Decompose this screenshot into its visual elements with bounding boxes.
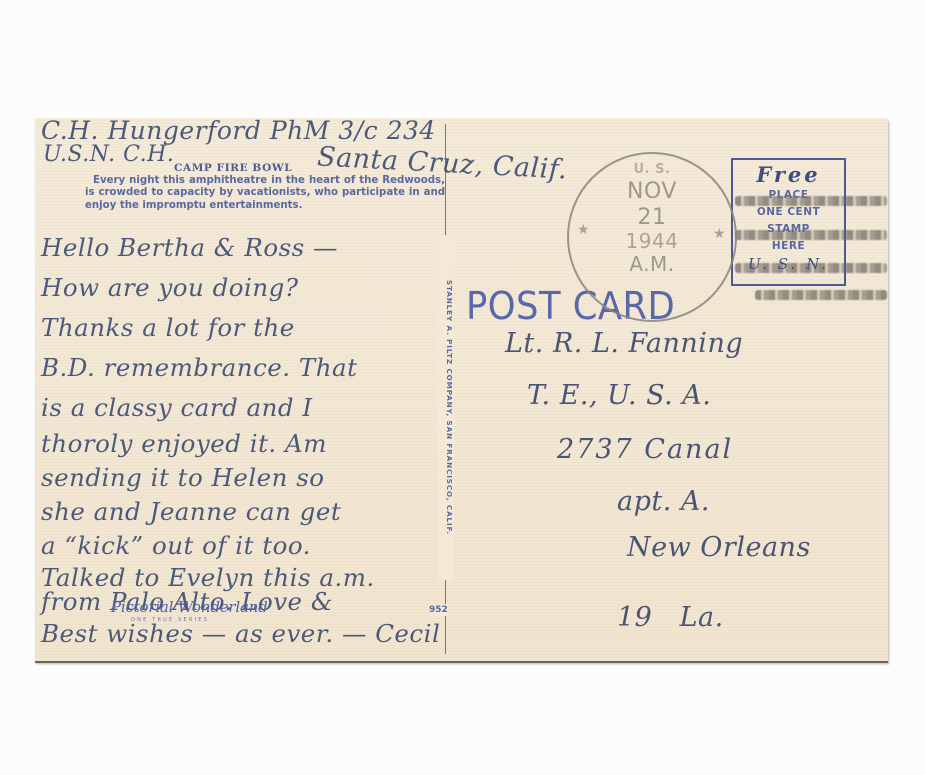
sender-line-1: C.H. Hungerford PhM 3/c 234 [41,116,436,145]
card-number: 952 [429,604,448,616]
postmark: U. S. NOV 21 1944 A.M. ★ ★ [567,152,737,322]
message-line: Hello Bertha & Ross — [41,234,338,262]
message-line: is a classy card and I [41,394,313,422]
series-brand-logo: Pictorial Wonderland [111,598,268,616]
caption-title: CAMP FIRE BOWL [174,162,292,174]
postmark-period: A.M. [622,252,682,276]
stamp-instruction-line: ONE CENT [733,204,844,221]
message-line: she and Jeanne can get [41,498,341,526]
publisher-imprint: STANLEY A. PILTZ COMPANY, SAN FRANCISCO,… [438,235,454,580]
stamp-usn-handwriting: U. S. N. [733,255,844,273]
message-line: a “kick” out of it too. [41,532,311,560]
recipient-unit: T. E., U. S. A. [527,380,711,411]
message-line: Thanks a lot for the [41,314,295,342]
recipient-zone-state: 19 La. [617,602,724,633]
star-icon: ★ [713,226,726,242]
recipient-apartment: apt. A. [617,486,710,517]
sender-line-2: U.S.N. C.H. [43,142,174,167]
stamp-box: Free PLACE ONE CENT STAMP HERE U. S. N. [731,158,846,286]
postmark-month: NOV [622,179,682,204]
star-icon: ★ [577,222,590,238]
postmark-day: 21 [622,205,682,230]
recipient-name: Lt. R. L. Fanning [505,328,743,359]
recipient-street: 2737 Canal [557,434,733,465]
message-line: B.D. remembrance. That [41,354,357,382]
message-line: thoroly enjoyed it. Am [41,430,327,458]
stamp-instruction-line: HERE [733,238,844,255]
message-line: Best wishes — as ever. — Cecil [41,620,440,648]
stamp-free-handwriting: Free [733,162,844,187]
postmark-top: U. S. [622,162,682,177]
series-brand-tagline: ONE TRUE SERIES [131,617,209,623]
postcard-back: C.H. Hungerford PhM 3/c 234 U.S.N. C.H. … [35,118,888,661]
stamp-instruction-line: PLACE [733,187,844,204]
cancellation-bar [755,290,887,300]
message-line: How are you doing? [41,274,298,302]
postmark-year: 1944 [622,229,682,253]
caption-body: Every night this amphitheatre in the hea… [85,175,445,212]
recipient-city: New Orleans [627,532,811,563]
message-line: sending it to Helen so [41,464,325,492]
stamp-instruction-line: STAMP [733,221,844,238]
